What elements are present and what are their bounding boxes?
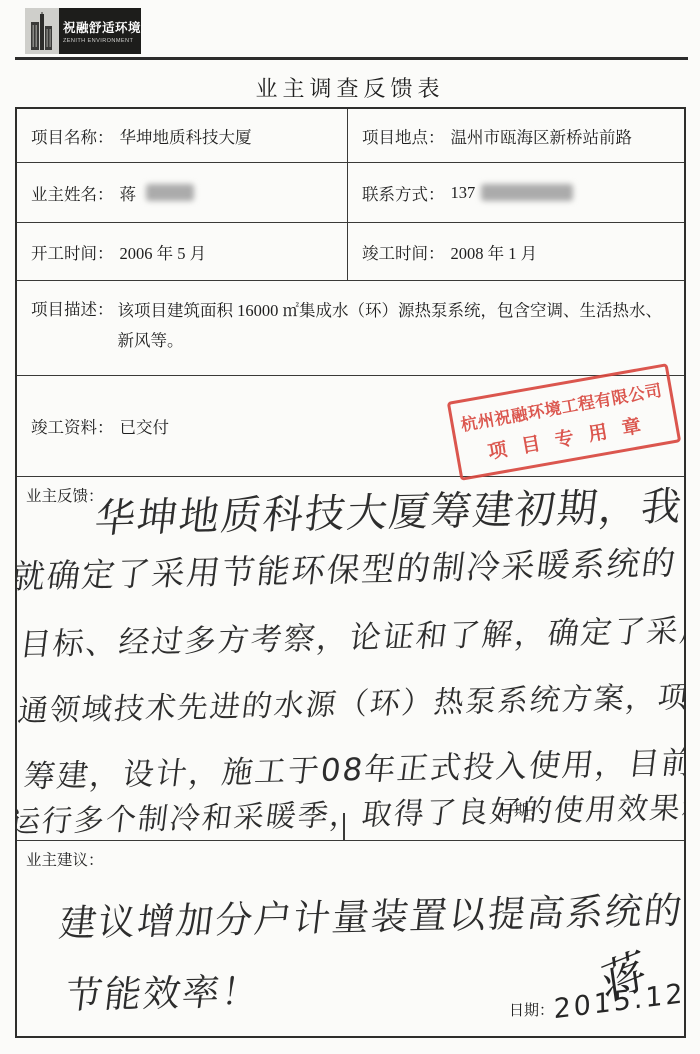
header-divider	[15, 57, 688, 60]
row-owner-feedback: 业主反馈： 华坤地质科技大厦筹建初期，我们 就确定了采用节能环保型的制冷采暖系统…	[17, 476, 684, 840]
suggestion-area: 业主建议： 建议增加分户计量装置以提高系统的 节能效率！ 蒋 日期： 2015.…	[17, 841, 684, 1034]
field-label: 项目描述：	[31, 296, 114, 320]
field-project-description: 项目描述： 该项目建筑面积 16000 ㎡集成水（环）源热泵系统，包含空调、生活…	[17, 281, 684, 375]
field-completion-date: 竣工时间： 2008 年 1 月	[347, 223, 684, 280]
field-project-name: 项目名称： 华坤地质科技大厦	[17, 109, 347, 162]
feedback-date-label: 日期：	[499, 799, 544, 820]
field-contact: 联系方式： 137	[347, 163, 684, 222]
suggestion-date-label: 日期：	[509, 999, 554, 1020]
field-value: 137	[451, 183, 476, 203]
date-cell-divider	[343, 813, 345, 840]
row-owner: 业主姓名： 蒋 联系方式： 137	[17, 162, 684, 222]
field-value: 2006 年 5 月	[120, 240, 207, 264]
redacted-phone-blur	[481, 184, 573, 201]
row-owner-suggestion: 业主建议： 建议增加分户计量装置以提高系统的 节能效率！ 蒋 日期： 2015.…	[17, 840, 684, 1034]
field-label: 竣工资料：	[31, 414, 114, 438]
handwritten-feedback-line: 目标、经过多方考察，论证和了解，确定了采用暖	[18, 604, 684, 664]
field-value: 该项目建筑面积 16000 ㎡集成水（环）源热泵系统，包含空调、生活热水、新风等…	[118, 296, 677, 356]
feedback-area: 业主反馈： 华坤地质科技大厦筹建初期，我们 就确定了采用节能环保型的制冷采暖系统…	[17, 477, 684, 840]
field-label: 竣工时间：	[362, 240, 445, 264]
row-description: 项目描述： 该项目建筑面积 16000 ㎡集成水（环）源热泵系统，包含空调、生活…	[17, 280, 684, 375]
form-table: 项目名称： 华坤地质科技大厦 项目地点： 温州市瓯海区新桥站前路 业主姓名： 蒋…	[15, 107, 686, 1038]
field-label: 联系方式：	[362, 181, 445, 205]
handwritten-feedback-line: 就确定了采用节能环保型的制冷采暖系统的	[17, 537, 680, 598]
field-project-location: 项目地点： 温州市瓯海区新桥站前路	[347, 109, 684, 162]
field-label: 业主姓名：	[31, 181, 114, 205]
handwritten-suggestion-line: 节能效率！	[63, 961, 264, 1019]
row-project: 项目名称： 华坤地质科技大厦 项目地点： 温州市瓯海区新桥站前路	[17, 109, 684, 162]
logo-brand-cn: 祝融舒适环境	[63, 18, 141, 36]
redacted-name-blur	[146, 184, 194, 201]
field-label: 开工时间：	[31, 240, 114, 264]
field-value: 已交付	[120, 414, 170, 438]
field-value: 华坤地质科技大厦	[120, 124, 252, 148]
feedback-label: 业主反馈：	[26, 484, 104, 506]
logo-brand-en: ZENITH ENVIRONMENT	[63, 38, 141, 44]
form-title: 业主调查反馈表	[0, 72, 700, 103]
field-value: 2008 年 1 月	[451, 240, 538, 264]
field-label: 项目地点：	[362, 124, 445, 148]
field-label: 项目名称：	[31, 124, 114, 148]
scanned-survey-form: 祝融舒适环境 ZENITH ENVIRONMENT 业主调查反馈表 项目名称： …	[0, 0, 700, 1054]
field-value: 蒋	[120, 181, 137, 205]
handwritten-feedback-line: 通领域技术先进的水源（环）热泵系统方案，项目经过	[17, 670, 684, 730]
building-icon	[25, 8, 59, 54]
handwritten-suggestion-line: 建议增加分户计量装置以提高系统的	[57, 880, 684, 947]
field-start-date: 开工时间： 2006 年 5 月	[17, 223, 347, 280]
row-dates: 开工时间： 2006 年 5 月 竣工时间： 2008 年 1 月	[17, 222, 684, 280]
field-completion-materials: 竣工资料： 已交付	[17, 376, 169, 476]
company-logo: 祝融舒适环境 ZENITH ENVIRONMENT	[25, 8, 141, 54]
field-value: 温州市瓯海区新桥站前路	[451, 124, 633, 148]
field-owner-name: 业主姓名： 蒋	[17, 163, 347, 222]
handwritten-feedback-line: 华坤地质科技大厦筹建初期，我们	[92, 477, 684, 544]
suggestion-label: 业主建议：	[26, 848, 104, 870]
logo-text: 祝融舒适环境 ZENITH ENVIRONMENT	[59, 8, 141, 54]
